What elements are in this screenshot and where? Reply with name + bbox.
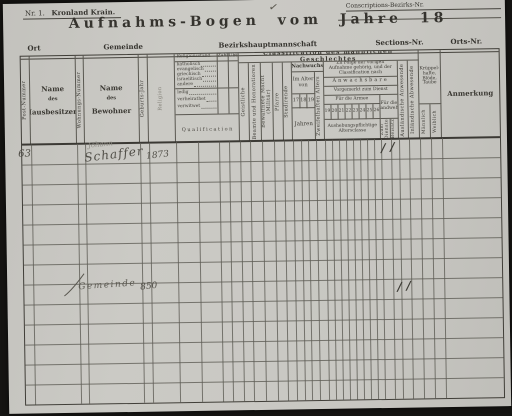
scanned-census-form: Nr. 1. Kronland Krain. Conscriptions-Bez… — [0, 0, 512, 416]
subheader-gemeinde: Gemeinde — [103, 42, 143, 52]
subheader-orts: Orts-Nr. — [450, 36, 482, 45]
stand-row: verheirathet — [177, 98, 217, 104]
stand-row: verwitwet — [177, 105, 217, 111]
nachwuchs-jahren: Jahren — [292, 108, 315, 140]
box-rule — [176, 113, 240, 115]
col-zum-dienste: Zum Dienste — [381, 119, 391, 139]
handwritten-tally-mark: / — [406, 279, 411, 293]
col-studirende-label: Studirende — [284, 85, 290, 117]
landwehr-header: Für die Landwehr — [380, 95, 398, 119]
gebrechen-line: Taube — [423, 82, 437, 87]
handwritten-row8-value: 850 — [140, 281, 158, 293]
col-geistliche-label: Geistliche — [241, 87, 247, 116]
qualification-label: Qualification — [176, 127, 240, 134]
nachwuchs-age-cell: 19 — [307, 94, 315, 108]
col-auslaendische-label: Ausländische Anwesende — [400, 63, 407, 136]
hausbesitzer-line3: Hausbesitzers — [30, 108, 77, 117]
paper-sheet: Nr. 1. Kronland Krain. Conscriptions-Bez… — [3, 0, 511, 414]
col-weiblich: Weiblich — [430, 104, 442, 138]
col-post-nummer-label: Post-Nummer — [22, 81, 28, 120]
stand-row: ledig — [177, 91, 217, 97]
gebrechen-box: Krüppel- hafte, Blöde, Taube — [419, 50, 442, 104]
nachwuchs-title: Nachwuchs — [292, 62, 324, 73]
col-inlaendische-label: Inländische Abwesende — [410, 65, 417, 133]
statistics-box: Religionsstand Zahl Übtr. katholisch eva… — [175, 53, 240, 142]
bewohner-line2: des — [107, 96, 117, 102]
aushebung-header: Aushebungspflichtige Altersclasse — [325, 119, 381, 140]
nachwuchs-imalter: Im Alter von — [292, 72, 315, 94]
handwritten-birth-year: 1873 — [146, 149, 170, 162]
hausbesitzer-line1: Name — [41, 85, 64, 93]
col-anmerkung: Anmerkung — [441, 49, 500, 138]
zufolge-header: Zu Folge der vorigen Aufnahme gehörig, u… — [324, 61, 398, 78]
handwritten-tally-mark: / — [390, 140, 395, 154]
religionsbox-zahl: Zahl — [218, 54, 228, 59]
handwritten-tally-mark: / — [397, 280, 402, 294]
box-divider — [228, 87, 229, 113]
religionsbox-header: Religionsstand — [177, 55, 211, 60]
bewohner-line1: Name — [100, 84, 123, 92]
col-hausbesitzer: Name des Hausbesitzers — [30, 56, 77, 145]
col-maennlich-label: Männlich — [422, 109, 427, 134]
form-title: Aufnahms-Bogen vom Jahre 18 — [63, 10, 453, 32]
col-zweifelhaft-label: Zweifelhaften Alters — [316, 76, 322, 136]
col-beisatz-label: Beisatz — [392, 119, 397, 138]
col-bewohner: Name des Bewohner — [84, 55, 140, 144]
nachwuchs-age-cell: 17 — [292, 94, 300, 108]
subheader-ort: Ort — [27, 43, 40, 52]
col-maennlich: Männlich — [419, 104, 431, 138]
col-weiblich-label: Weiblich — [433, 110, 438, 133]
bewohner-line3: Bewohner — [92, 107, 132, 115]
stand-row-label: verwitwet — [177, 105, 200, 110]
box-rule — [175, 87, 239, 89]
subheader-sections: Sections-Nr. — [375, 37, 423, 47]
handwritten-tally-mark: / — [381, 141, 386, 155]
col-beamte-label: Beamte und Honoratioren — [252, 64, 259, 140]
handwritten-entry-number: 63 — [18, 149, 31, 160]
census-table: Post-Nummer Name des Hausbesitzers Wohnu… — [20, 48, 505, 405]
col-wohnungs-nummer-label: Wohnungs-Nummer — [77, 71, 83, 128]
col-geburtsjahr-label: Geburts-Jahr — [140, 80, 146, 118]
stand-row-label: verheirathet — [177, 98, 205, 103]
col-zum-dienste-label: Zum Dienste — [381, 119, 391, 139]
col-religion-label: Religion — [158, 86, 164, 110]
col-militaer-label: Bewaffnete Macht (Militär) — [261, 63, 273, 141]
stand-row-label: ledig — [177, 91, 188, 96]
form-number: Nr. 1. — [25, 9, 45, 17]
hausbesitzer-line2: des — [48, 97, 58, 103]
col-pfarre-label: Pfarre — [275, 92, 281, 110]
col-religion: Religion — [148, 54, 176, 142]
subheader-bezirk: Bezirkshauptmannschaft — [218, 39, 317, 50]
